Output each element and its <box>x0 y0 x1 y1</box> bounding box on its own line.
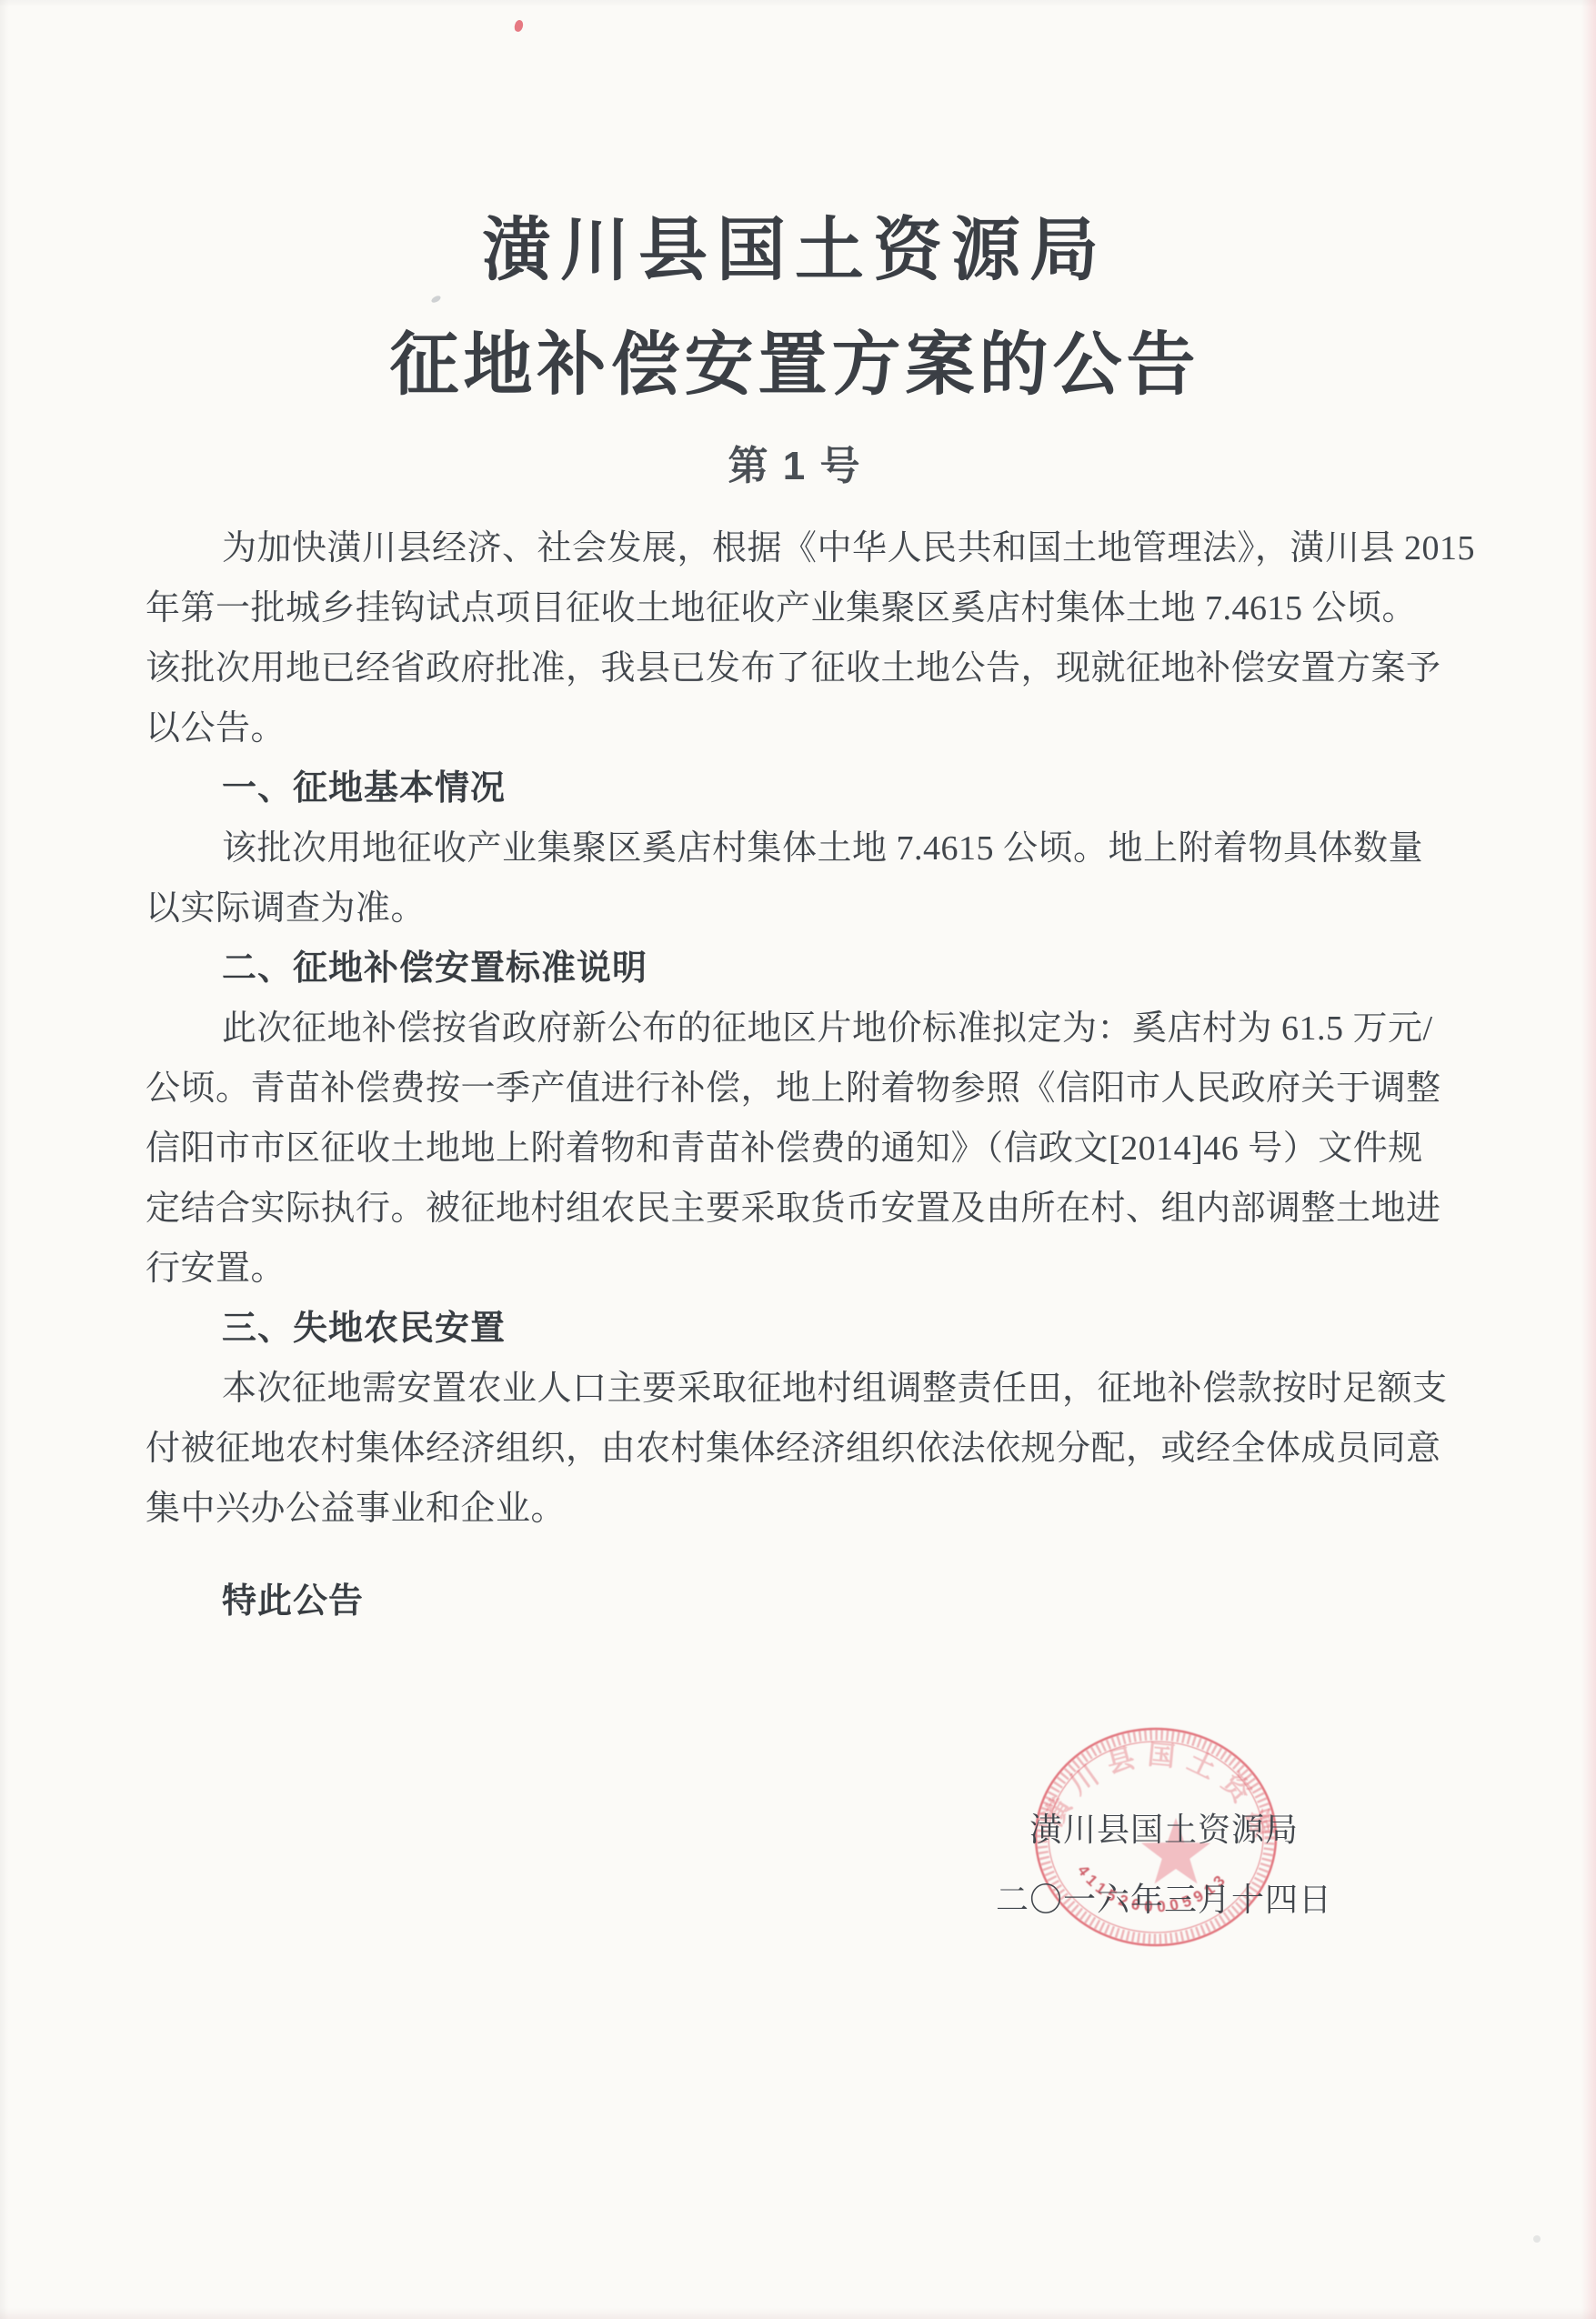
section-heading-1: 一、征地基本情况 <box>146 758 1473 818</box>
document-body: 为加快潢川县经济、社会发展，根据《中华人民共和国土地管理法》，潢川县 2015 … <box>146 518 1473 1631</box>
body-line: 付被征地农村集体经济组织，由农村集体经济组织依法依规分配，或经全体成员同意 <box>146 1419 1473 1479</box>
body-line: 以实际调查为准。 <box>146 878 1473 939</box>
signature-organization: 潢川县国土资源局 <box>928 1808 1400 1852</box>
document-title-line2: 征地补偿安置方案的公告 <box>146 326 1444 405</box>
scan-edge-bottom <box>0 2308 1596 2319</box>
body-line: 公顷。青苗补偿费按一季产值进行补偿，地上附着物参照《信阳市人民政府关于调整 <box>146 1059 1473 1119</box>
body-line: 以公告。 <box>146 698 1473 758</box>
gray-speck <box>430 295 442 304</box>
document-number: 第 1 号 <box>146 442 1444 491</box>
body-line: 此次征地补偿按省政府新公布的征地区片地价标准拟定为：奚店村为 61.5 万元/ <box>146 999 1473 1059</box>
body-line: 集中兴办公益事业和企业。 <box>146 1479 1473 1539</box>
document-page: 潢川县国土资源局 征地补偿安置方案的公告 第 1 号 为加快潢川县经济、社会发展… <box>0 0 1596 2319</box>
signature-block: 潢川县国土资源局 二〇一六年三月十四日 <box>928 1808 1400 1922</box>
body-line: 本次征地需安置农业人口主要采取征地村组调整责任田，征地补偿款按时足额支 <box>146 1359 1473 1419</box>
section-heading-2: 二、征地补偿安置标准说明 <box>146 939 1473 999</box>
scan-edge-left <box>0 0 9 2319</box>
scan-edge-right <box>1581 0 1596 2319</box>
body-line: 该批次用地已经省政府批准，我县已发布了征收土地公告，现就征地补偿安置方案予 <box>146 638 1473 698</box>
signature-date: 二〇一六年三月十四日 <box>928 1878 1400 1922</box>
red-ink-speck <box>513 19 525 33</box>
body-line: 定结合实际执行。被征地村组农民主要采取货币安置及由所在村、组内部调整土地进 <box>146 1179 1473 1239</box>
body-line: 行安置。 <box>146 1239 1473 1299</box>
section-heading-3: 三、失地农民安置 <box>146 1299 1473 1359</box>
scan-edge-top <box>0 0 1596 7</box>
gray-speck <box>1533 2235 1541 2243</box>
body-line: 年第一批城乡挂钩试点项目征收土地征收产业集聚区奚店村集体土地 7.4615 公顷… <box>146 578 1473 638</box>
document-title-line1: 潢川县国土资源局 <box>146 212 1444 290</box>
body-line: 为加快潢川县经济、社会发展，根据《中华人民共和国土地管理法》，潢川县 2015 <box>146 518 1473 578</box>
closing-statement: 特此公告 <box>146 1571 1473 1631</box>
body-line: 该批次用地征收产业集聚区奚店村集体土地 7.4615 公顷。地上附着物具体数量 <box>146 818 1473 878</box>
body-line: 信阳市市区征收土地地上附着物和青苗补偿费的通知》（信政文[2014]46 号）文… <box>146 1119 1473 1179</box>
